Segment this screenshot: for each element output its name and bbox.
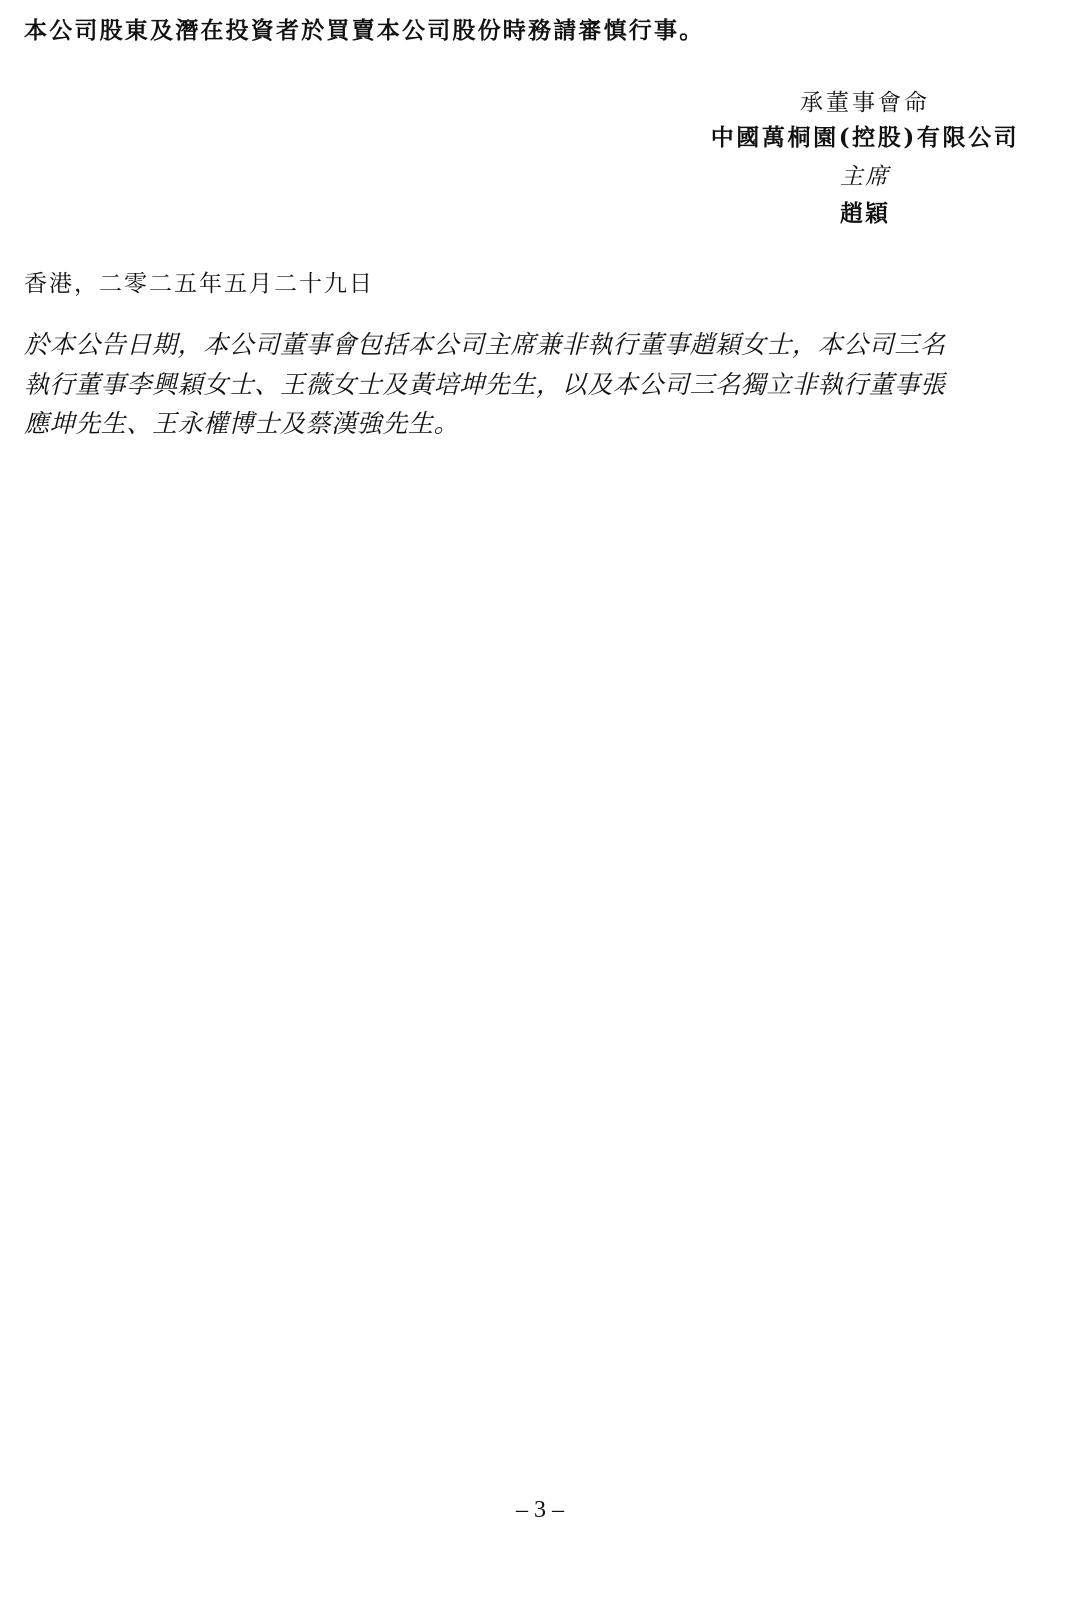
date-line: 香港，二零二五年五月二十九日 xyxy=(24,271,374,297)
page-number: – 3 – xyxy=(0,1497,1080,1524)
signatory-title: 主席 xyxy=(700,158,1030,191)
by-order-of-board: 承董事會命 xyxy=(700,84,1030,117)
company-name: 中國萬桐園(控股)有限公司 xyxy=(700,119,1030,152)
paragraph-line: 應坤先生、王永權博士及蔡漢強先生。 xyxy=(24,411,459,437)
paragraph-line: 執行董事李興穎女士、王薇女士及黃培坤先生，以及本公司三名獨立非執行董事張 xyxy=(24,372,946,398)
paragraph-line: 於本公告日期，本公司董事會包括本公司主席兼非執行董事趙穎女士，本公司三名 xyxy=(24,332,946,358)
caution-statement: 本公司股東及潛在投資者於買賣本公司股份時務請審慎行事。 xyxy=(24,18,704,44)
signatory-name: 趙穎 xyxy=(700,195,1030,228)
